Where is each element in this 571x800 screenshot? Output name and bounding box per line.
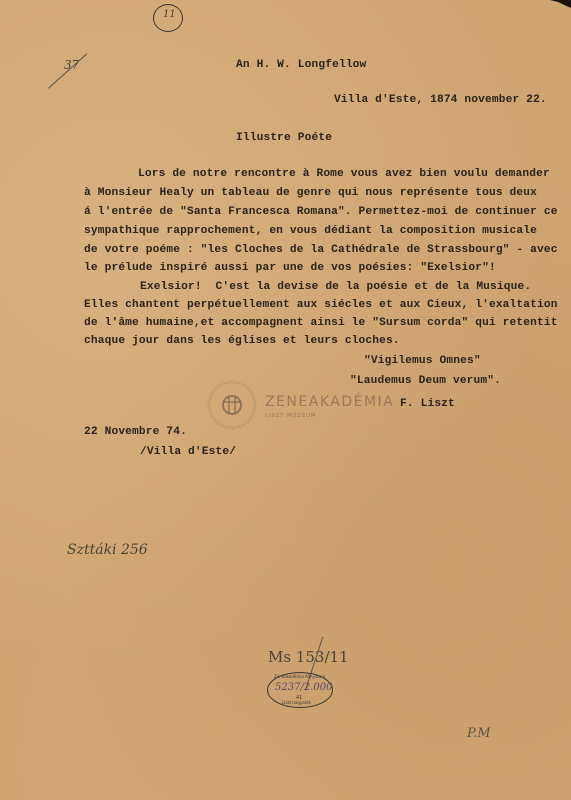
stamp-bottom-text: Liszt hagyaték xyxy=(282,700,311,705)
body-line: à Monsieur Healy un tableau de genre qui… xyxy=(84,187,537,199)
body-line: á l'entrée de "Santa Francesca Romana". … xyxy=(84,206,558,218)
circled-folio-mark: 11 xyxy=(153,4,183,32)
footer-place: /Villa d'Este/ xyxy=(140,446,236,458)
folio-number: 37 xyxy=(64,58,79,72)
motto-laudemus: "Laudemus Deum verum". xyxy=(350,375,501,387)
body-line: Exelsior! C'est la devise de la poésie e… xyxy=(140,281,531,293)
body-line: de l'âme humaine,et accompagnent ainsi l… xyxy=(84,317,558,329)
shelfmark: Ms 153/11 xyxy=(268,648,349,666)
stamp-number: 5237/2.000 xyxy=(275,682,332,693)
body-line: Lors de notre rencontre à Rome vous avez… xyxy=(138,168,550,180)
body-line: de votre poéme : "les Cloches de la Cath… xyxy=(84,244,558,256)
body-line: le prélude inspiré aussi par une de vos … xyxy=(84,262,496,274)
body-line: sympathique rapprochement, en vous dédia… xyxy=(84,225,537,237)
handwritten-reference: Szttáki 256 xyxy=(67,542,148,558)
stamp-top-text: Zeneakadémia Könyvtára xyxy=(274,674,325,679)
watermark-title: ZENEAKADÉMIA xyxy=(265,394,394,410)
pencil-initials: P.M xyxy=(467,726,491,741)
recipient-line: An H. W. Longfellow xyxy=(236,59,366,71)
motto-vigilemus: "Vigilemus Omnes" xyxy=(364,355,481,367)
letter-page: 11 37 An H. W. Longfellow Villa d'Este, … xyxy=(0,0,571,800)
watermark-subtitle: LISZT MÚZEUM xyxy=(265,413,316,419)
circled-folio-number: 11 xyxy=(163,9,176,20)
salutation: Illustre Poéte xyxy=(236,132,332,144)
body-line: Elles chantent perpétuellement aux siécl… xyxy=(84,299,558,311)
footer-date: 22 Novembre 74. xyxy=(84,426,187,438)
place-date-line: Villa d'Este, 1874 november 22. xyxy=(334,94,547,106)
signature: F. Liszt xyxy=(400,398,455,410)
zeneakademia-logo-icon xyxy=(207,380,257,430)
library-stamp: Zeneakadémia Könyvtára 5237/2.000 41 Lis… xyxy=(267,672,333,708)
body-line: chaque jour dans les églises et leurs cl… xyxy=(84,335,400,347)
